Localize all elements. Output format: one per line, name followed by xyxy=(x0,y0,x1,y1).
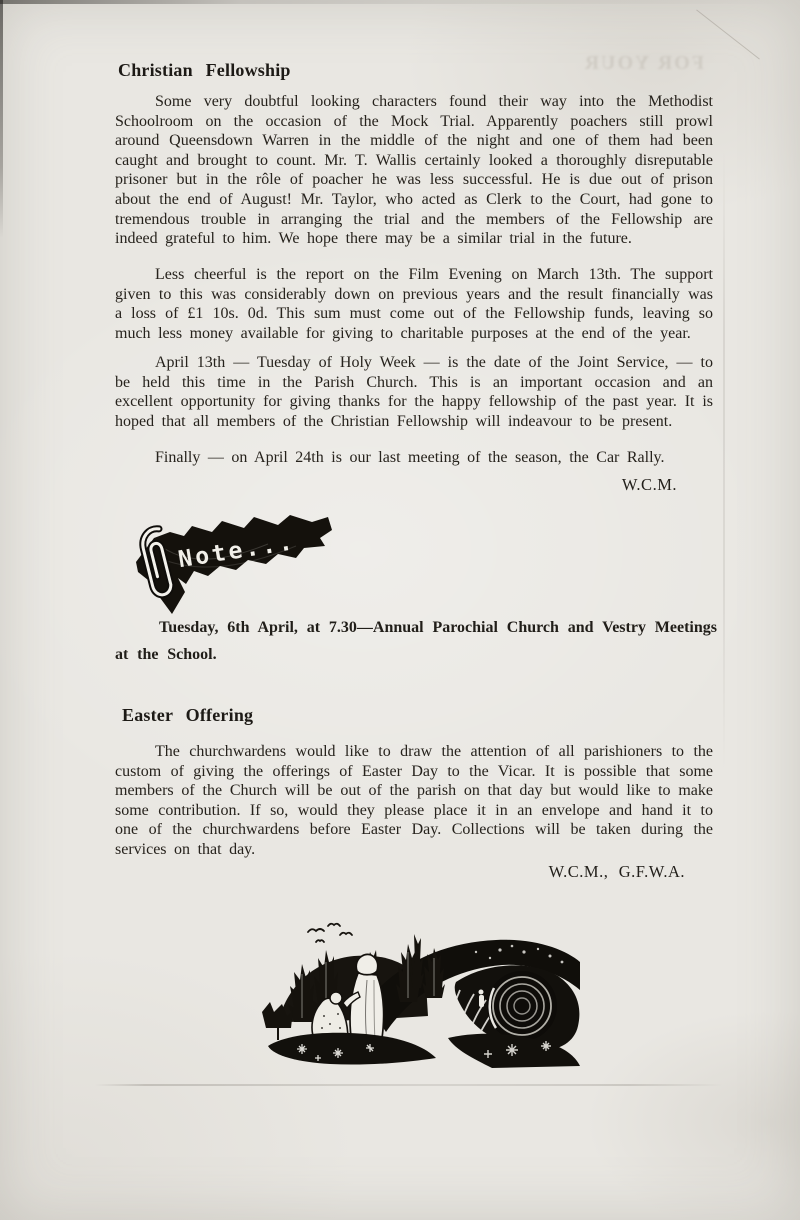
magazine-page: FOR YOUR Christian Fellowship Some very … xyxy=(0,0,800,1220)
scan-edge-left xyxy=(0,0,3,238)
vertical-crease xyxy=(723,150,725,770)
note-banner-graphic: Note... xyxy=(128,508,340,618)
fellowship-paragraph-film-evening: Less cheerful is the report on the Film … xyxy=(115,265,713,343)
section-heading-easter-offering: Easter Offering xyxy=(122,705,253,726)
small-figure-at-tomb xyxy=(479,990,485,1008)
fellowship-paragraph-car-rally: Finally — on April 24th is our last meet… xyxy=(115,448,713,468)
empty-tomb-woodcut-illustration xyxy=(250,918,580,1068)
birds-icon xyxy=(308,924,352,942)
flower-ground xyxy=(268,1033,436,1065)
scan-edge-top xyxy=(0,0,800,4)
fellowship-paragraph-joint-service: April 13th — Tuesday of Holy Week — is t… xyxy=(115,353,713,431)
fellowship-paragraph-mock-trial: Some very doubtful looking characters fo… xyxy=(115,92,713,249)
signature-wcm: W.C.M. xyxy=(115,475,713,495)
signature-wcm-gfwa: W.C.M., G.F.W.A. xyxy=(115,862,713,882)
corner-crease xyxy=(696,9,760,59)
rolled-stone-icon xyxy=(487,971,557,1041)
reverse-page-bleed-text: FOR YOUR xyxy=(452,52,704,82)
section-heading-christian-fellowship: Christian Fellowship xyxy=(118,60,291,81)
horizontal-crease xyxy=(95,1084,723,1086)
easter-offering-paragraph: The churchwardens would like to draw the… xyxy=(115,742,713,860)
vestry-meeting-announcement: Tuesday, 6th April, at 7.30—Annual Paroc… xyxy=(115,614,717,668)
